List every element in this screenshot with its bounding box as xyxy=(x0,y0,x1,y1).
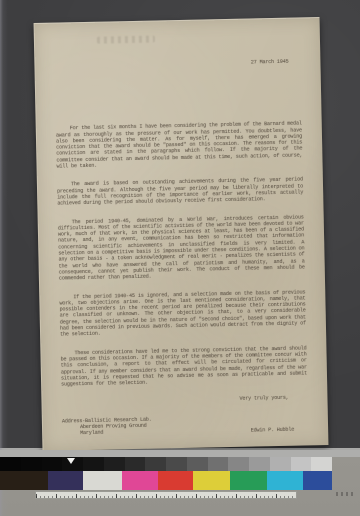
sender-address-line-3: Maryland xyxy=(80,429,152,437)
color-patch-yellow xyxy=(193,471,230,490)
grayscale-step xyxy=(208,457,229,471)
grayscale-step xyxy=(228,457,249,471)
grayscale-step xyxy=(270,457,291,471)
letter-paragraph-2: The award is based on outstanding achiev… xyxy=(57,177,303,207)
color-patch-cyan xyxy=(267,471,303,490)
grayscale-step xyxy=(145,457,166,471)
letter-closing: Very truly yours, xyxy=(239,395,307,403)
grayscale-step xyxy=(187,457,208,471)
wedge-marker-arrow-icon xyxy=(67,458,75,464)
color-patch-green xyxy=(230,471,267,490)
grayscale-step xyxy=(291,457,312,471)
edge-marking xyxy=(336,492,354,496)
color-patch-blue xyxy=(303,471,332,490)
letter-paragraph-3: The period 1940-45, dominated by a World… xyxy=(58,214,305,282)
grayscale-step xyxy=(42,457,63,471)
sender-address-block: Address-Ballistic Research Lab. Aberdeen… xyxy=(62,416,152,437)
grayscale-step xyxy=(83,457,104,471)
grayscale-step xyxy=(166,457,187,471)
grayscale-wedge xyxy=(0,457,332,471)
grayscale-step xyxy=(249,457,270,471)
letter-paper: 27 March 1945 For the last six months I … xyxy=(34,17,329,451)
color-patch-black-brown xyxy=(0,471,48,490)
ruler-strip xyxy=(35,491,297,499)
signature-row: Address-Ballistic Research Lab. Aberdeen… xyxy=(62,413,308,437)
color-patch-magenta xyxy=(122,471,158,490)
letter-paragraph-5: These considerations have led me to the … xyxy=(60,345,307,388)
grayscale-step xyxy=(104,457,125,471)
letter-paragraph-4: If the period 1940-45 is ignored, and a … xyxy=(59,289,306,338)
calibration-card-edge xyxy=(0,450,360,457)
letter-date: 27 March 1945 xyxy=(54,59,288,70)
color-patch-white xyxy=(83,471,122,490)
grayscale-step xyxy=(311,457,332,471)
letter-paragraph-1: For the last six months I have been cons… xyxy=(56,121,303,170)
photographed-document-scene: 27 March 1945 For the last six months I … xyxy=(0,0,360,516)
color-patch-red xyxy=(158,471,193,490)
grayscale-step xyxy=(0,457,21,471)
color-patch-bar xyxy=(0,471,332,490)
color-patch-navy xyxy=(48,471,83,490)
grayscale-step xyxy=(21,457,42,471)
letter-text: 27 March 1945 For the last six months I … xyxy=(35,18,329,451)
grayscale-step xyxy=(125,457,146,471)
signature-name: Edwin P. Hubble xyxy=(251,426,295,433)
letter-body: For the last six months I have been cons… xyxy=(56,121,307,388)
